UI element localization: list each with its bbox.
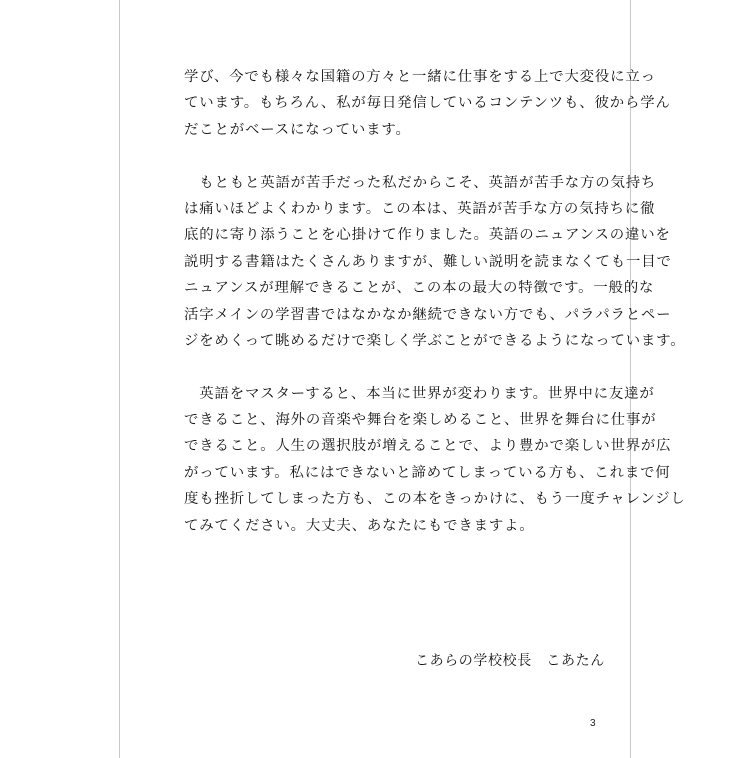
- author-signature: こあらの学校校長 こあたん: [415, 650, 605, 670]
- text-line: 底的に寄り添うことを心掛けて作りました。英語のニュアンスの違いを: [184, 222, 594, 248]
- text-line: 説明する書籍はたくさんありますが、難しい説明を読まなくても一目で: [184, 249, 594, 275]
- text-line: 活字メインの学習書ではなかなか継続できない方でも、パラパラとペー: [184, 302, 594, 328]
- paragraph-3: 英語をマスターすると、本当に世界が変わります。世界中に友達が できること、海外の…: [184, 381, 594, 539]
- text-line: 度も挫折してしまった方も、この本をきっかけに、もう一度チャレンジし: [184, 486, 594, 512]
- paragraph-1: 学び、今でも様々な国籍の方々と一緒に仕事をする上で大変役に立っ ています。もちろ…: [184, 64, 594, 143]
- text-line: できること。人生の選択肢が増えることで、より豊かで楽しい世界が広: [184, 433, 594, 459]
- body-text: 学び、今でも様々な国籍の方々と一緒に仕事をする上で大変役に立っ ています。もちろ…: [184, 64, 594, 539]
- document-page: 学び、今でも様々な国籍の方々と一緒に仕事をする上で大変役に立っ ています。もちろ…: [119, 0, 631, 750]
- paragraph-gap: [184, 143, 594, 169]
- text-line: 英語をマスターすると、本当に世界が変わります。世界中に友達が: [184, 381, 594, 407]
- text-line: は痛いほどよくわかります。この本は、英語が苦手な方の気持ちに徹: [184, 196, 594, 222]
- text-line: できること、海外の音楽や舞台を楽しめること、世界を舞台に仕事が: [184, 407, 594, 433]
- text-line: だことがベースになっています。: [184, 117, 594, 143]
- text-line: ジをめくって眺めるだけで楽しく学ぶことができるようになっています。: [184, 328, 594, 354]
- text-line: 学び、今でも様々な国籍の方々と一緒に仕事をする上で大変役に立っ: [184, 64, 594, 90]
- paragraph-2: もともと英語が苦手だった私だからこそ、英語が苦手な方の気持ち は痛いほどよくわか…: [184, 170, 594, 355]
- text-line: ニュアンスが理解できることが、この本の最大の特徴です。一般的な: [184, 275, 594, 301]
- text-line: がっています。私にはできないと諦めてしまっている方も、これまで何: [184, 460, 594, 486]
- paragraph-gap: [184, 354, 594, 380]
- text-line: もともと英語が苦手だった私だからこそ、英語が苦手な方の気持ち: [184, 170, 594, 196]
- text-line: てみてください。大丈夫、あなたにもできますよ。: [184, 513, 594, 539]
- text-line: ています。もちろん、私が毎日発信しているコンテンツも、彼から学ん: [184, 90, 594, 116]
- page-number: 3: [590, 718, 596, 729]
